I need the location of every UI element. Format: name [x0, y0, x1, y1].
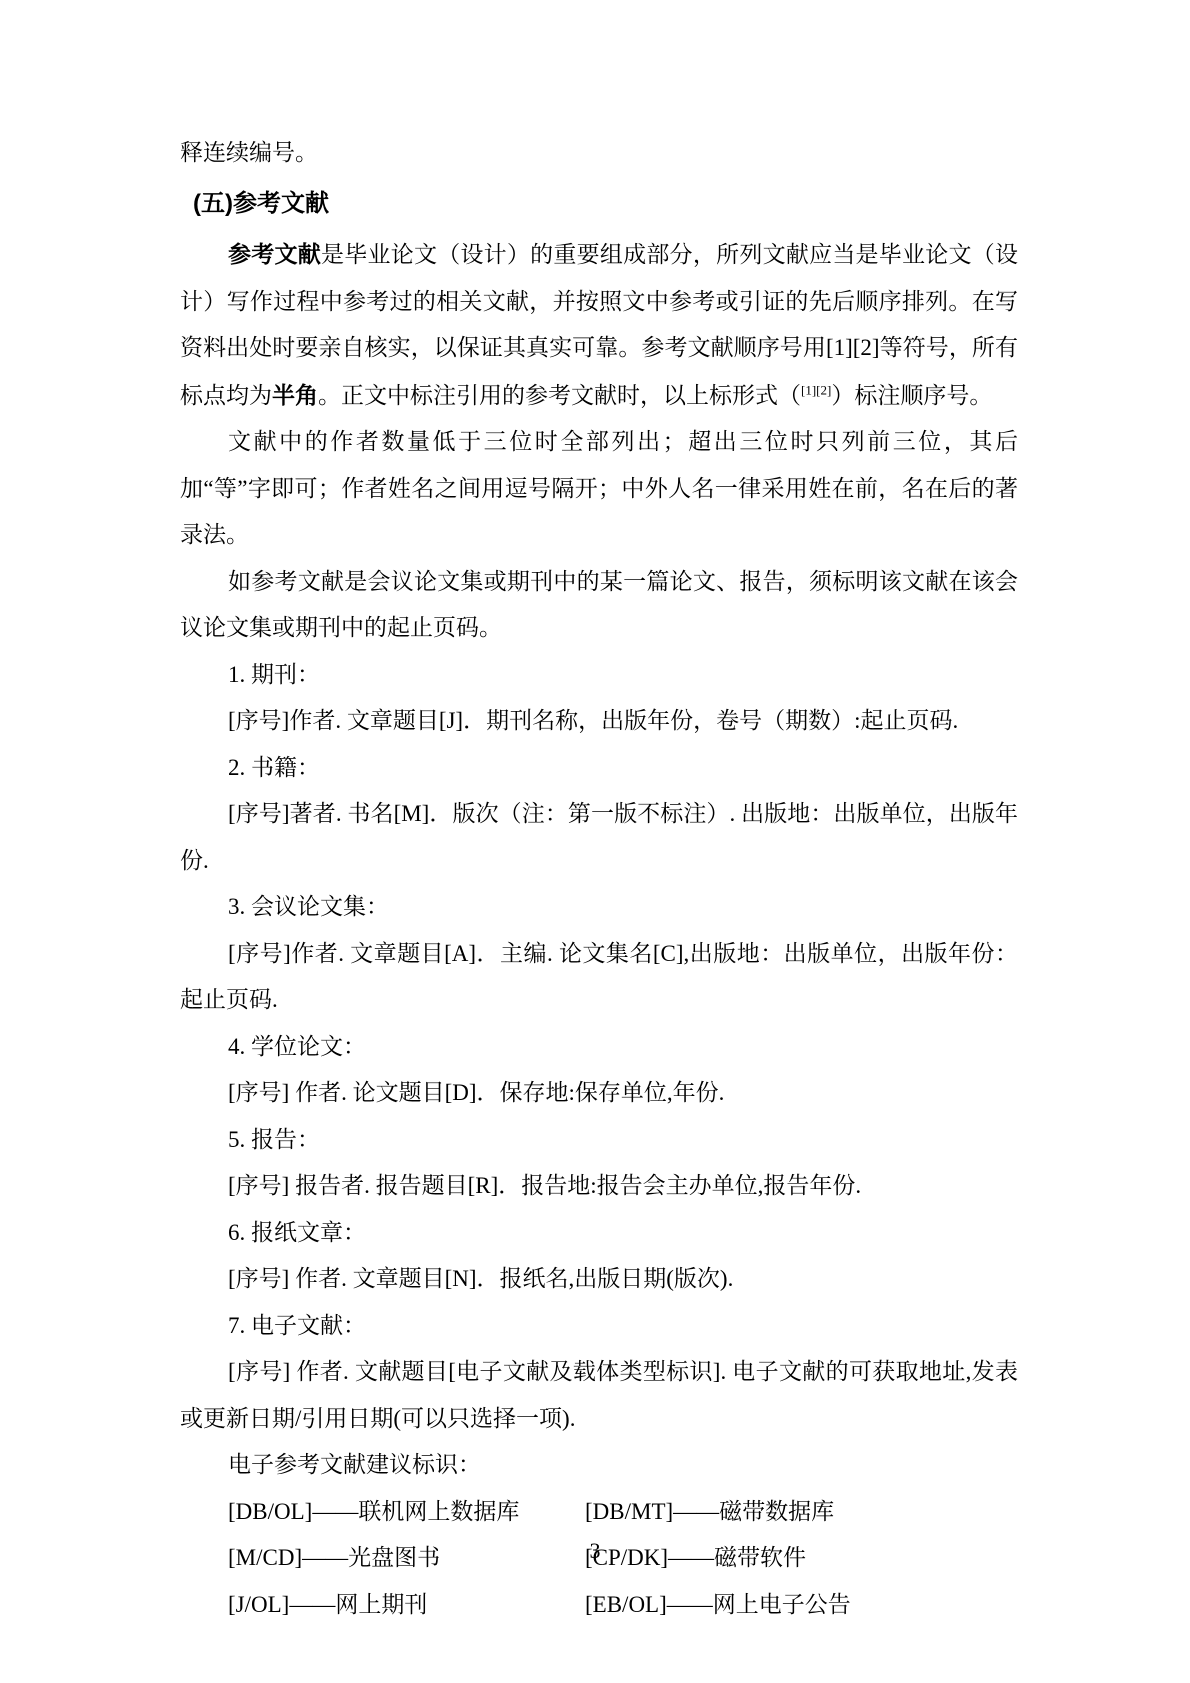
electronic-id-row: [J/OL]——网上期刊[EB/OL]——网上电子公告 — [180, 1582, 1018, 1629]
text-run: ）标注顺序号。 — [831, 383, 992, 408]
para-author-rules: 文献中的作者数量低于三位时全部列出；超出三位时只列前三位，其后加“等”字即可；作… — [180, 419, 1018, 559]
para-references-intro: 参考文献是毕业论文（设计）的重要组成部分，所列文献应当是毕业论文（设计）写作过程… — [180, 231, 1018, 419]
entry-label-newspaper: 6. 报纸文章： — [180, 1210, 1018, 1257]
electronic-id-db-ol: [DB/OL]——联机网上数据库 — [228, 1489, 585, 1536]
bold-run-references: 参考文献 — [228, 241, 321, 267]
entry-label-journal: 1. 期刊： — [180, 652, 1018, 699]
bold-run-halfwidth: 半角 — [272, 382, 318, 408]
electronic-ids-heading: 电子参考文献建议标识： — [180, 1442, 1018, 1489]
electronic-id-eb-ol: [EB/OL]——网上电子公告 — [585, 1592, 851, 1617]
entry-format-electronic: [序号] 作者. 文献题目[电子文献及载体类型标识]. 电子文献的可获取地址,发… — [180, 1349, 1018, 1442]
para-page-range-rule: 如参考文献是会议论文集或期刊中的某一篇论文、报告，须标明该文献在该会议论文集或期… — [180, 559, 1018, 652]
superscript-citation: [1][2] — [801, 382, 831, 397]
document-content: 释连续编号。 (五)参考文献 参考文献是毕业论文（设计）的重要组成部分，所列文献… — [180, 130, 1018, 1628]
entry-label-thesis: 4. 学位论文： — [180, 1024, 1018, 1071]
entry-label-proceedings: 3. 会议论文集： — [180, 884, 1018, 931]
entry-format-journal: [序号]作者. 文章题目[J]．期刊名称，出版年份，卷号（期数）:起止页码. — [180, 698, 1018, 745]
entry-format-proceedings: [序号]作者. 文章题目[A]．主编. 论文集名[C],出版地：出版单位，出版年… — [180, 931, 1018, 1024]
entry-format-thesis: [序号] 作者. 论文题目[D]．保存地:保存单位,年份. — [180, 1070, 1018, 1117]
intro-line: 释连续编号。 — [180, 130, 1018, 177]
section-heading: (五)参考文献 — [193, 181, 1018, 228]
entry-format-book: [序号]著者. 书名[M]．版次（注：第一版不标注）. 出版地：出版单位，出版年… — [180, 791, 1018, 884]
entry-format-newspaper: [序号] 作者. 文章题目[N]．报纸名,出版日期(版次). — [180, 1256, 1018, 1303]
entry-label-electronic: 7. 电子文献： — [180, 1303, 1018, 1350]
entry-format-report: [序号] 报告者. 报告题目[R]．报告地:报告会主办单位,报告年份. — [180, 1163, 1018, 1210]
electronic-id-db-mt: [DB/MT]——磁带数据库 — [585, 1499, 834, 1524]
entry-label-report: 5. 报告： — [180, 1117, 1018, 1164]
page-number: 3 — [0, 1536, 1190, 1566]
entry-label-book: 2. 书籍： — [180, 745, 1018, 792]
electronic-id-j-ol: [J/OL]——网上期刊 — [228, 1582, 585, 1629]
text-run: 。正文中标注引用的参考文献时，以上标形式（ — [318, 383, 801, 408]
electronic-id-row: [DB/OL]——联机网上数据库[DB/MT]——磁带数据库 — [180, 1489, 1018, 1536]
